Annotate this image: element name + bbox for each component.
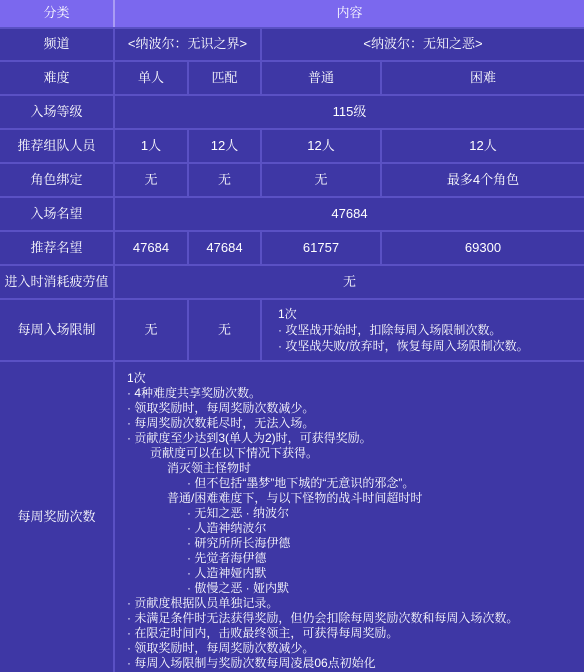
weekly-reward-rule-line: · 每周奖励次数耗尽时，无法入场。 bbox=[115, 416, 314, 431]
row-weekly-entry-limit: 每周入场限制 无 无 1次 · 攻坚战开始时，扣除每周入场限制次数。 · 攻坚战… bbox=[0, 298, 584, 360]
cell-weekly-entry-solo: 无 bbox=[113, 300, 187, 360]
table-header-row: 分类 内容 bbox=[0, 0, 584, 27]
weekly-reward-rule-line: · 在限定时间内，击败最终领主，可获得每周奖励。 bbox=[115, 626, 398, 641]
weekly-entry-rule-line: · 攻坚战开始时，扣除每周入场限制次数。 bbox=[262, 322, 501, 338]
cell-binding-solo: 无 bbox=[113, 164, 187, 196]
cell-party-size-match: 12人 bbox=[187, 130, 260, 162]
weekly-reward-rule-line: · 人造神纳波尔 bbox=[115, 521, 266, 536]
cell-difficulty-match: 匹配 bbox=[187, 62, 260, 94]
row-label-recommended-fame: 推荐名望 bbox=[0, 232, 113, 264]
weekly-reward-rule-line: 消灭领主怪物时 bbox=[115, 461, 251, 476]
row-recommended-fame: 推荐名望 47684 47684 61757 69300 bbox=[0, 230, 584, 264]
cell-binding-normal: 无 bbox=[260, 164, 380, 196]
cell-rec-fame-hard: 69300 bbox=[380, 232, 584, 264]
weekly-reward-rule-line: · 无知之恶 · 纳波尔 bbox=[115, 506, 289, 521]
cell-difficulty-hard: 困难 bbox=[380, 62, 584, 94]
row-label-party-size: 推荐组队人员 bbox=[0, 130, 113, 162]
cell-difficulty-normal: 普通 bbox=[260, 62, 380, 94]
weekly-reward-rule-line: 贡献度可以在以下情况下获得。 bbox=[115, 446, 318, 461]
raid-info-table: 分类 内容 频道 <纳波尔：无识之界> <纳波尔：无知之恶> 难度 单人 匹配 … bbox=[0, 0, 584, 672]
row-fatigue-cost: 进入时消耗疲劳值 无 bbox=[0, 264, 584, 298]
weekly-reward-rule-line: · 贡献度根据队员单独记录。 bbox=[115, 596, 278, 611]
weekly-reward-rule-line: · 4种难度共享奖励次数。 bbox=[115, 386, 261, 401]
weekly-reward-rule-line: · 领取奖励时，每周奖励次数减少。 bbox=[115, 641, 314, 656]
weekly-reward-rule-line: · 未满足条件时无法获得奖励，但仍会扣除每周奖励次数和每周入场次数。 bbox=[115, 611, 518, 626]
weekly-reward-rule-line: · 研究所所长海伊德 bbox=[115, 536, 290, 551]
cell-party-size-hard: 12人 bbox=[380, 130, 584, 162]
weekly-reward-rule-line: · 先觉者海伊德 bbox=[115, 551, 266, 566]
row-label-weekly-reward-count: 每周奖励次数 bbox=[0, 362, 113, 672]
row-entry-fame: 入场名望 47684 bbox=[0, 196, 584, 230]
row-channel: 频道 <纳波尔：无识之界> <纳波尔：无知之恶> bbox=[0, 27, 584, 60]
weekly-reward-rule-line: · 领取奖励时，每周奖励次数减少。 bbox=[115, 401, 314, 416]
weekly-entry-rule-line: · 攻坚战失败/放弃时，恢复每周入场限制次数。 bbox=[262, 338, 529, 354]
row-difficulty: 难度 单人 匹配 普通 困难 bbox=[0, 60, 584, 94]
row-label-weekly-entry-limit: 每周入场限制 bbox=[0, 300, 113, 360]
row-label-entry-fame: 入场名望 bbox=[0, 198, 113, 230]
weekly-entry-rule-line: 1次 bbox=[262, 306, 297, 322]
row-label-entry-level: 入场等级 bbox=[0, 96, 113, 128]
cell-entry-fame: 47684 bbox=[113, 198, 584, 230]
row-entry-level: 入场等级 115级 bbox=[0, 94, 584, 128]
cell-binding-match: 无 bbox=[187, 164, 260, 196]
weekly-reward-rule-line: · 贡献度至少达到3(单人为2)时，可获得奖励。 bbox=[115, 431, 372, 446]
row-label-channel: 频道 bbox=[0, 29, 113, 60]
weekly-reward-rule-line: · 但不包括“墨梦”地下城的“无意识的邪念”。 bbox=[115, 476, 414, 491]
cell-channel-left: <纳波尔：无识之界> bbox=[113, 29, 260, 60]
cell-weekly-entry-match: 无 bbox=[187, 300, 260, 360]
row-label-difficulty: 难度 bbox=[0, 62, 113, 94]
cell-channel-right: <纳波尔：无知之恶> bbox=[260, 29, 584, 60]
row-label-fatigue-cost: 进入时消耗疲劳值 bbox=[0, 266, 113, 298]
weekly-reward-rule-line: · 人造神娅内默 bbox=[115, 566, 266, 581]
cell-fatigue-cost: 无 bbox=[113, 266, 584, 298]
weekly-reward-rule-line: · 傲慢之恶 · 娅内默 bbox=[115, 581, 289, 596]
cell-rec-fame-normal: 61757 bbox=[260, 232, 380, 264]
header-category: 分类 bbox=[0, 0, 113, 27]
cell-rec-fame-solo: 47684 bbox=[113, 232, 187, 264]
row-party-size: 推荐组队人员 1人 12人 12人 12人 bbox=[0, 128, 584, 162]
cell-party-size-solo: 1人 bbox=[113, 130, 187, 162]
header-content: 内容 bbox=[113, 0, 584, 27]
cell-weekly-reward-rules: 1次 · 4种难度共享奖励次数。 · 领取奖励时，每周奖励次数减少。 · 每周奖… bbox=[113, 362, 584, 672]
row-character-binding: 角色绑定 无 无 无 最多4个角色 bbox=[0, 162, 584, 196]
cell-rec-fame-match: 47684 bbox=[187, 232, 260, 264]
cell-difficulty-solo: 单人 bbox=[113, 62, 187, 94]
cell-binding-hard: 最多4个角色 bbox=[380, 164, 584, 196]
weekly-reward-rule-line: · 每周入场限制与奖励次数每周凌晨06点初始化 bbox=[115, 656, 376, 671]
cell-entry-level: 115级 bbox=[113, 96, 584, 128]
cell-party-size-normal: 12人 bbox=[260, 130, 380, 162]
weekly-reward-rule-line: 普通/困难难度下，与以下怪物的战斗时间超时时 bbox=[115, 491, 422, 506]
row-weekly-reward-count: 每周奖励次数 1次 · 4种难度共享奖励次数。 · 领取奖励时，每周奖励次数减少… bbox=[0, 360, 584, 672]
row-label-character-binding: 角色绑定 bbox=[0, 164, 113, 196]
weekly-reward-rule-line: 1次 bbox=[115, 371, 146, 386]
cell-weekly-entry-rules: 1次 · 攻坚战开始时，扣除每周入场限制次数。 · 攻坚战失败/放弃时，恢复每周… bbox=[260, 300, 584, 360]
